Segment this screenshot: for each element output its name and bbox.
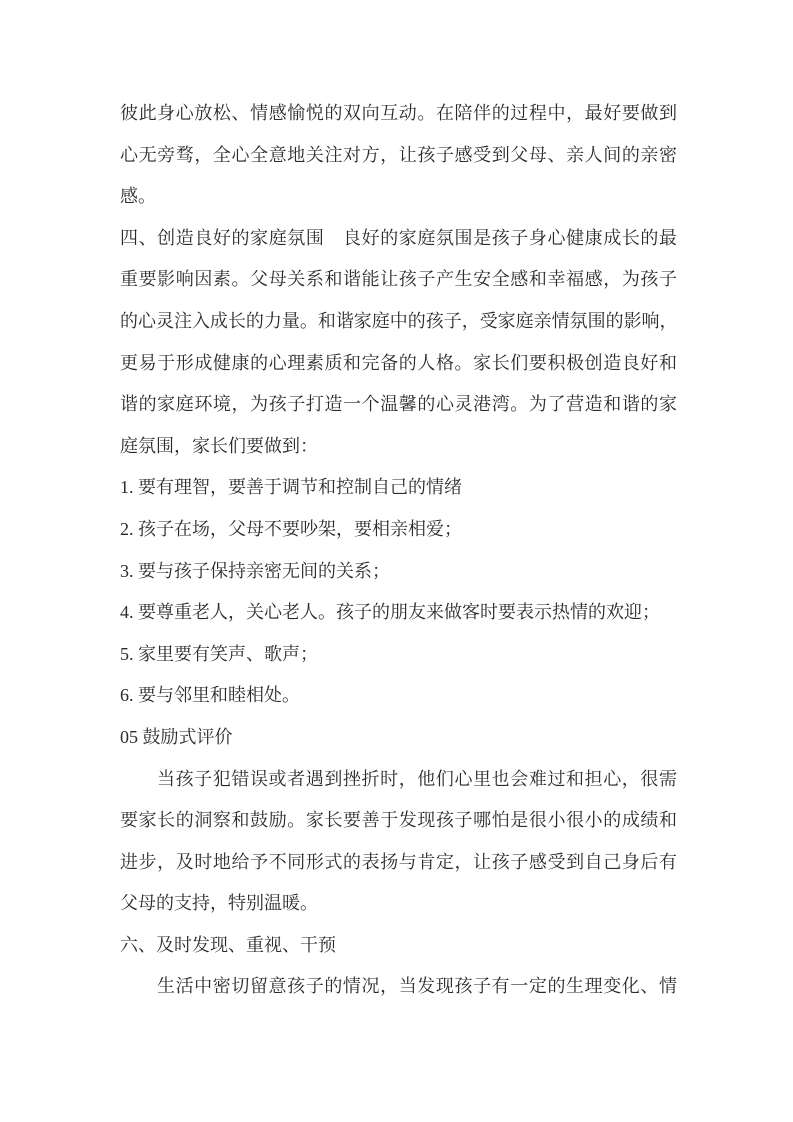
list-item-6: 6. 要与邻里和睦相处。 [120,675,677,717]
section-6-heading: 六、及时发现、重视、干预 [120,925,677,967]
list-item-4: 4. 要尊重老人，关心老人。孩子的朋友来做客时要表示热情的欢迎； [120,592,677,634]
paragraph-first-line: 当孩子犯错误或者遇到挫折时，他们心里也会难过和担心，很需 [120,759,677,801]
paragraph-line: 彼此身心放松、情感愉悦的双向互动。在陪伴的过程中，最好要做到 [120,93,677,135]
list-item-3: 3. 要与孩子保持亲密无间的关系； [120,551,677,593]
paragraph-line: 心无旁骛，全心全意地关注对方，让孩子感受到父母、亲人间的亲密 [120,135,677,177]
list-item-5: 5. 家里要有笑声、歌声； [120,634,677,676]
list-item-2: 2. 孩子在场，父母不要吵架，要相亲相爱； [120,509,677,551]
paragraph-first-line: 生活中密切留意孩子的情况，当发现孩子有一定的生理变化、情 [120,966,677,1008]
paragraph-line: 重要影响因素。父母关系和谐能让孩子产生安全感和幸福感，为孩子 [120,259,677,301]
paragraph-line: 要家长的洞察和鼓励。家长要善于发现孩子哪怕是很小很小的成绩和 [120,800,677,842]
paragraph-line: 的心灵注入成长的力量。和谐家庭中的孩子，受家庭亲情氛围的影响， [120,301,677,343]
paragraph-end-line: 父母的支持，特别温暖。 [120,883,677,925]
paragraph-line: 更易于形成健康的心理素质和完备的人格。家长们要积极创造良好和 [120,343,677,385]
document-page: 彼此身心放松、情感愉悦的双向互动。在陪伴的过程中，最好要做到 心无旁骛，全心全意… [0,0,793,1122]
paragraph-line: 进步，及时地给予不同形式的表扬与肯定，让孩子感受到自己身后有 [120,842,677,884]
section-05-heading: 05 鼓励式评价 [120,717,677,759]
paragraph-line: 谐的家庭环境，为孩子打造一个温馨的心灵港湾。为了营造和谐的家 [120,384,677,426]
list-item-1: 1. 要有理智，要善于调节和控制自己的情绪 [120,467,677,509]
section-4-heading-line: 四、创造良好的家庭氛围 良好的家庭氛围是孩子身心健康成长的最 [120,218,677,260]
paragraph-end-line: 庭氛围，家长们要做到： [120,426,677,468]
paragraph-end-line: 感。 [120,176,677,218]
